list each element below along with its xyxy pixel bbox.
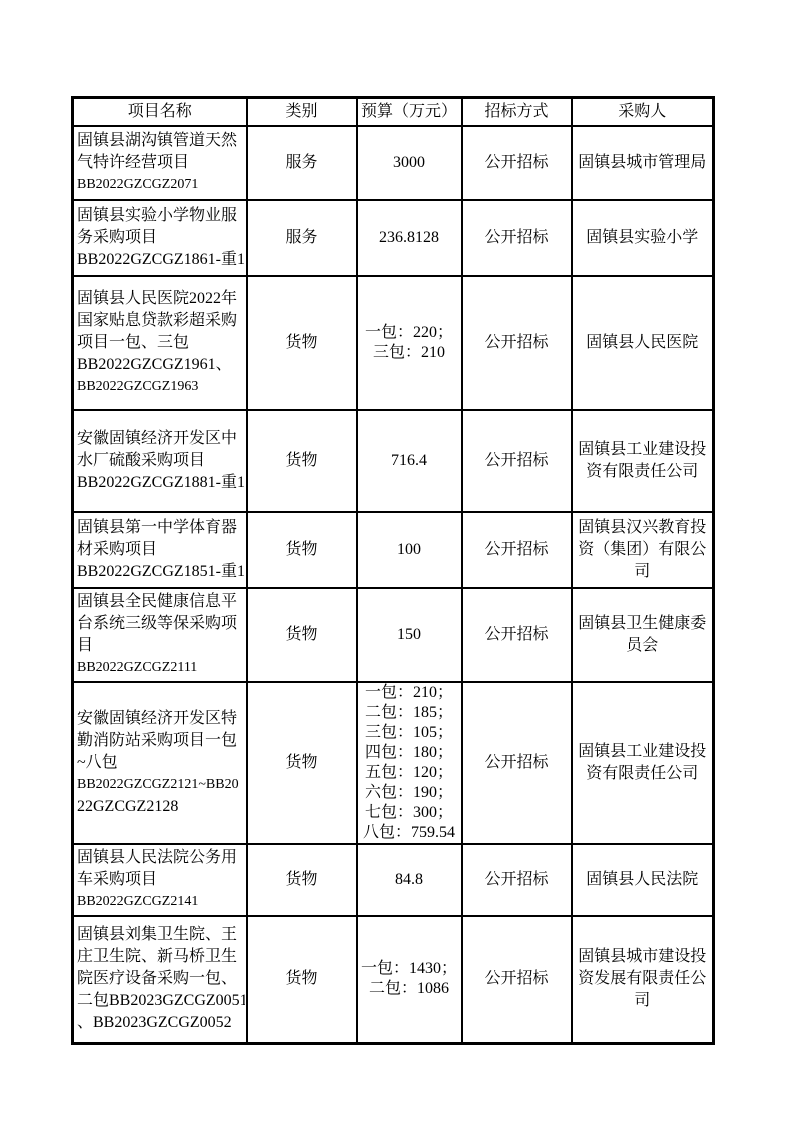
- bidding-method-cell-text: 公开招标: [463, 968, 571, 990]
- category-cell: 货物: [247, 588, 357, 682]
- text-line: 七包：300；: [358, 803, 461, 823]
- text-line: 固镇县实验小学物业服: [77, 205, 245, 227]
- project-name-cell-content: 固镇县湖沟镇管道天然气特许经营项目BB2022GZCGZ2071: [77, 130, 245, 196]
- text-line: 资发展有限责任公: [573, 968, 713, 990]
- text-line: 716.4: [358, 451, 461, 471]
- text-line: 项目一包、三包: [77, 332, 245, 354]
- table-row: 固镇县湖沟镇管道天然气特许经营项目BB2022GZCGZ2071服务3000公开…: [73, 126, 714, 200]
- text-line: 二包BB2023GZCGZ0051: [77, 990, 245, 1012]
- column-header-bidding-method: 招标方式: [462, 98, 572, 127]
- text-line: 三包：105；: [358, 723, 461, 743]
- text-line: 资有限责任公司: [573, 461, 713, 483]
- purchaser-cell: 固镇县实验小学: [572, 200, 714, 276]
- project-name-cell: 固镇县实验小学物业服务采购项目BB2022GZCGZ1861-重1: [73, 200, 247, 276]
- text-line: 八包：759.54: [358, 823, 461, 843]
- purchaser-cell: 固镇县工业建设投资有限责任公司: [572, 410, 714, 512]
- category-cell-text: 货物: [248, 624, 356, 646]
- purchaser-cell-content: 固镇县卫生健康委员会: [573, 613, 713, 657]
- budget-cell-content: 150: [358, 625, 461, 645]
- table-row: 固镇县第一中学体育器材采购项目BB2022GZCGZ1851-重1货物100公开…: [73, 512, 714, 588]
- table-row: 固镇县刘集卫生院、王庄卫生院、新马桥卫生院医疗设备采购一包、二包BB2023GZ…: [73, 916, 714, 1043]
- budget-cell: 一包：220；三包：210: [357, 276, 462, 410]
- category-cell-text: 货物: [248, 752, 356, 774]
- budget-cell: 84.8: [357, 844, 462, 916]
- text-line: 一包：220；: [358, 323, 461, 343]
- text-line: 司: [573, 990, 713, 1012]
- purchaser-cell: 固镇县卫生健康委员会: [572, 588, 714, 682]
- purchaser-cell: 固镇县汉兴教育投资（集团）有限公司: [572, 512, 714, 588]
- text-line: BB2022GZCGZ1881-重1: [77, 472, 245, 494]
- project-name-cell: 固镇县刘集卫生院、王庄卫生院、新马桥卫生院医疗设备采购一包、二包BB2023GZ…: [73, 916, 247, 1043]
- category-cell-text: 货物: [248, 869, 356, 891]
- text-line: 水厂硫酸采购项目: [77, 450, 245, 472]
- text-line: 固镇县汉兴教育投: [573, 517, 713, 539]
- text-line: 固镇县人民医院2022年: [77, 288, 245, 310]
- budget-cell: 一包：210；二包：185；三包：105；四包：180；五包：120；六包：19…: [357, 682, 462, 844]
- text-line: 车采购项目: [77, 869, 245, 891]
- project-name-cell: 固镇县湖沟镇管道天然气特许经营项目BB2022GZCGZ2071: [73, 126, 247, 200]
- budget-cell-content: 716.4: [358, 451, 461, 471]
- purchaser-cell-content: 固镇县人民法院: [573, 869, 713, 891]
- text-line: BB2022GZCGZ2141: [77, 891, 245, 913]
- budget-cell: 150: [357, 588, 462, 682]
- table-row: 安徽固镇经济开发区中水厂硫酸采购项目BB2022GZCGZ1881-重1货物71…: [73, 410, 714, 512]
- text-line: 固镇县实验小学: [573, 227, 713, 249]
- bidding-method-cell-text: 公开招标: [463, 152, 571, 174]
- table-row: 固镇县实验小学物业服务采购项目BB2022GZCGZ1861-重1服务236.8…: [73, 200, 714, 276]
- project-name-cell: 固镇县人民法院公务用车采购项目BB2022GZCGZ2141: [73, 844, 247, 916]
- bidding-method-cell-text: 公开招标: [463, 227, 571, 249]
- budget-cell: 一包：1430；二包：1086: [357, 916, 462, 1043]
- bidding-method-cell: 公开招标: [462, 512, 572, 588]
- project-name-cell-content: 安徽固镇经济开发区中水厂硫酸采购项目BB2022GZCGZ1881-重1: [77, 428, 245, 494]
- category-cell: 货物: [247, 844, 357, 916]
- purchaser-cell-content: 固镇县工业建设投资有限责任公司: [573, 741, 713, 785]
- text-line: BB2022GZCGZ2121~BB20: [77, 774, 245, 796]
- bidding-method-cell: 公开招标: [462, 916, 572, 1043]
- category-cell-text: 货物: [248, 450, 356, 472]
- budget-cell-content: 一包：210；二包：185；三包：105；四包：180；五包：120；六包：19…: [358, 683, 461, 843]
- bidding-method-cell-text: 公开招标: [463, 539, 571, 561]
- budget-cell-content: 100: [358, 540, 461, 560]
- text-line: BB2022GZCGZ1963: [77, 376, 245, 398]
- text-line: 院医疗设备采购一包、: [77, 968, 245, 990]
- category-cell: 货物: [247, 410, 357, 512]
- budget-cell-content: 84.8: [358, 870, 461, 890]
- bidding-method-cell-text: 公开招标: [463, 332, 571, 354]
- budget-cell-content: 3000: [358, 153, 461, 173]
- column-header-purchaser: 采购人: [572, 98, 714, 127]
- text-line: 3000: [358, 153, 461, 173]
- document-page: 项目名称 类别 预算（万元） 招标方式 采购人 固镇县湖沟镇管道天然气特许经营项…: [0, 0, 793, 1122]
- category-cell-text: 服务: [248, 152, 356, 174]
- budget-cell: 100: [357, 512, 462, 588]
- text-line: 固镇县刘集卫生院、王: [77, 924, 245, 946]
- text-line: 固镇县城市建设投: [573, 946, 713, 968]
- table-body: 固镇县湖沟镇管道天然气特许经营项目BB2022GZCGZ2071服务3000公开…: [73, 126, 714, 1043]
- text-line: 、BB2023GZCGZ0052: [77, 1012, 245, 1034]
- project-name-cell: 固镇县全民健康信息平台系统三级等保采购项目BB2022GZCGZ2111: [73, 588, 247, 682]
- text-line: 22GZCGZ2128: [77, 796, 245, 818]
- category-cell-text: 货物: [248, 968, 356, 990]
- text-line: 六包：190；: [358, 783, 461, 803]
- project-name-cell-content: 固镇县人民法院公务用车采购项目BB2022GZCGZ2141: [77, 847, 245, 913]
- text-line: 固镇县全民健康信息平: [77, 591, 245, 613]
- text-line: 固镇县人民法院公务用: [77, 847, 245, 869]
- text-line: 236.8128: [358, 228, 461, 248]
- text-line: ~八包: [77, 752, 245, 774]
- project-name-cell: 安徽固镇经济开发区特勤消防站采购项目一包~八包BB2022GZCGZ2121~B…: [73, 682, 247, 844]
- category-cell: 货物: [247, 916, 357, 1043]
- table-header-row: 项目名称 类别 预算（万元） 招标方式 采购人: [73, 98, 714, 127]
- text-line: 固镇县人民法院: [573, 869, 713, 891]
- text-line: 固镇县人民医院: [573, 332, 713, 354]
- text-line: 二包：1086: [358, 979, 461, 999]
- budget-cell: 716.4: [357, 410, 462, 512]
- table-row: 固镇县人民医院2022年国家贴息贷款彩超采购项目一包、三包BB2022GZCGZ…: [73, 276, 714, 410]
- text-line: 安徽固镇经济开发区特: [77, 708, 245, 730]
- text-line: 固镇县第一中学体育器: [77, 517, 245, 539]
- budget-cell-content: 236.8128: [358, 228, 461, 248]
- category-cell-text: 服务: [248, 227, 356, 249]
- purchaser-cell: 固镇县人民法院: [572, 844, 714, 916]
- text-line: 司: [573, 561, 713, 583]
- table-row: 固镇县全民健康信息平台系统三级等保采购项目BB2022GZCGZ2111货物15…: [73, 588, 714, 682]
- text-line: 100: [358, 540, 461, 560]
- bidding-method-cell: 公开招标: [462, 588, 572, 682]
- category-cell-text: 货物: [248, 332, 356, 354]
- project-name-cell-content: 安徽固镇经济开发区特勤消防站采购项目一包~八包BB2022GZCGZ2121~B…: [77, 708, 245, 818]
- purchaser-cell-content: 固镇县城市建设投资发展有限责任公司: [573, 946, 713, 1012]
- column-header-budget: 预算（万元）: [357, 98, 462, 127]
- text-line: BB2022GZCGZ2111: [77, 657, 245, 679]
- project-name-cell-content: 固镇县全民健康信息平台系统三级等保采购项目BB2022GZCGZ2111: [77, 591, 245, 679]
- category-cell-text: 货物: [248, 539, 356, 561]
- text-line: 固镇县城市管理局: [573, 152, 713, 174]
- project-name-cell: 安徽固镇经济开发区中水厂硫酸采购项目BB2022GZCGZ1881-重1: [73, 410, 247, 512]
- bidding-method-cell-text: 公开招标: [463, 624, 571, 646]
- text-line: 五包：120；: [358, 763, 461, 783]
- text-line: 二包：185；: [358, 703, 461, 723]
- text-line: 三包：210: [358, 343, 461, 363]
- purchaser-cell: 固镇县城市管理局: [572, 126, 714, 200]
- text-line: 固镇县工业建设投: [573, 439, 713, 461]
- bidding-method-cell: 公开招标: [462, 844, 572, 916]
- text-line: 固镇县卫生健康委: [573, 613, 713, 635]
- budget-cell-content: 一包：1430；二包：1086: [358, 959, 461, 999]
- procurement-table: 项目名称 类别 预算（万元） 招标方式 采购人 固镇县湖沟镇管道天然气特许经营项…: [71, 96, 715, 1045]
- text-line: 固镇县工业建设投: [573, 741, 713, 763]
- text-line: 员会: [573, 635, 713, 657]
- text-line: 台系统三级等保采购项: [77, 613, 245, 635]
- category-cell: 服务: [247, 200, 357, 276]
- text-line: 务采购项目: [77, 227, 245, 249]
- bidding-method-cell: 公开招标: [462, 276, 572, 410]
- text-line: 84.8: [358, 870, 461, 890]
- purchaser-cell-content: 固镇县城市管理局: [573, 152, 713, 174]
- project-name-cell-content: 固镇县刘集卫生院、王庄卫生院、新马桥卫生院医疗设备采购一包、二包BB2023GZ…: [77, 924, 245, 1034]
- text-line: 一包：210；: [358, 683, 461, 703]
- text-line: 四包：180；: [358, 743, 461, 763]
- text-line: BB2022GZCGZ2071: [77, 174, 245, 196]
- purchaser-cell-content: 固镇县工业建设投资有限责任公司: [573, 439, 713, 483]
- bidding-method-cell-text: 公开招标: [463, 752, 571, 774]
- table-row: 安徽固镇经济开发区特勤消防站采购项目一包~八包BB2022GZCGZ2121~B…: [73, 682, 714, 844]
- budget-cell-content: 一包：220；三包：210: [358, 323, 461, 363]
- text-line: 勤消防站采购项目一包: [77, 730, 245, 752]
- text-line: 资有限责任公司: [573, 763, 713, 785]
- text-line: 庄卫生院、新马桥卫生: [77, 946, 245, 968]
- purchaser-cell-content: 固镇县实验小学: [573, 227, 713, 249]
- project-name-cell: 固镇县第一中学体育器材采购项目BB2022GZCGZ1851-重1: [73, 512, 247, 588]
- text-line: 固镇县湖沟镇管道天然: [77, 130, 245, 152]
- category-cell: 货物: [247, 512, 357, 588]
- text-line: 目: [77, 635, 245, 657]
- text-line: BB2022GZCGZ1851-重1: [77, 561, 245, 583]
- text-line: 安徽固镇经济开发区中: [77, 428, 245, 450]
- column-header-category: 类别: [247, 98, 357, 127]
- bidding-method-cell-text: 公开招标: [463, 869, 571, 891]
- column-header-project-name: 项目名称: [73, 98, 247, 127]
- purchaser-cell: 固镇县人民医院: [572, 276, 714, 410]
- text-line: 国家贴息贷款彩超采购: [77, 310, 245, 332]
- text-line: BB2022GZCGZ1861-重1: [77, 249, 245, 271]
- table-row: 固镇县人民法院公务用车采购项目BB2022GZCGZ2141货物84.8公开招标…: [73, 844, 714, 916]
- purchaser-cell: 固镇县工业建设投资有限责任公司: [572, 682, 714, 844]
- text-line: 一包：1430；: [358, 959, 461, 979]
- purchaser-cell-content: 固镇县汉兴教育投资（集团）有限公司: [573, 517, 713, 583]
- project-name-cell-content: 固镇县实验小学物业服务采购项目BB2022GZCGZ1861-重1: [77, 205, 245, 271]
- bidding-method-cell: 公开招标: [462, 200, 572, 276]
- bidding-method-cell: 公开招标: [462, 682, 572, 844]
- purchaser-cell-content: 固镇县人民医院: [573, 332, 713, 354]
- category-cell: 货物: [247, 276, 357, 410]
- text-line: 资（集团）有限公: [573, 539, 713, 561]
- purchaser-cell: 固镇县城市建设投资发展有限责任公司: [572, 916, 714, 1043]
- text-line: 150: [358, 625, 461, 645]
- bidding-method-cell-text: 公开招标: [463, 450, 571, 472]
- text-line: 材采购项目: [77, 539, 245, 561]
- category-cell: 服务: [247, 126, 357, 200]
- project-name-cell-content: 固镇县第一中学体育器材采购项目BB2022GZCGZ1851-重1: [77, 517, 245, 583]
- budget-cell: 3000: [357, 126, 462, 200]
- text-line: BB2022GZCGZ1961、: [77, 354, 245, 376]
- bidding-method-cell: 公开招标: [462, 126, 572, 200]
- project-name-cell: 固镇县人民医院2022年国家贴息贷款彩超采购项目一包、三包BB2022GZCGZ…: [73, 276, 247, 410]
- category-cell: 货物: [247, 682, 357, 844]
- project-name-cell-content: 固镇县人民医院2022年国家贴息贷款彩超采购项目一包、三包BB2022GZCGZ…: [77, 288, 245, 398]
- budget-cell: 236.8128: [357, 200, 462, 276]
- bidding-method-cell: 公开招标: [462, 410, 572, 512]
- text-line: 气特许经营项目: [77, 152, 245, 174]
